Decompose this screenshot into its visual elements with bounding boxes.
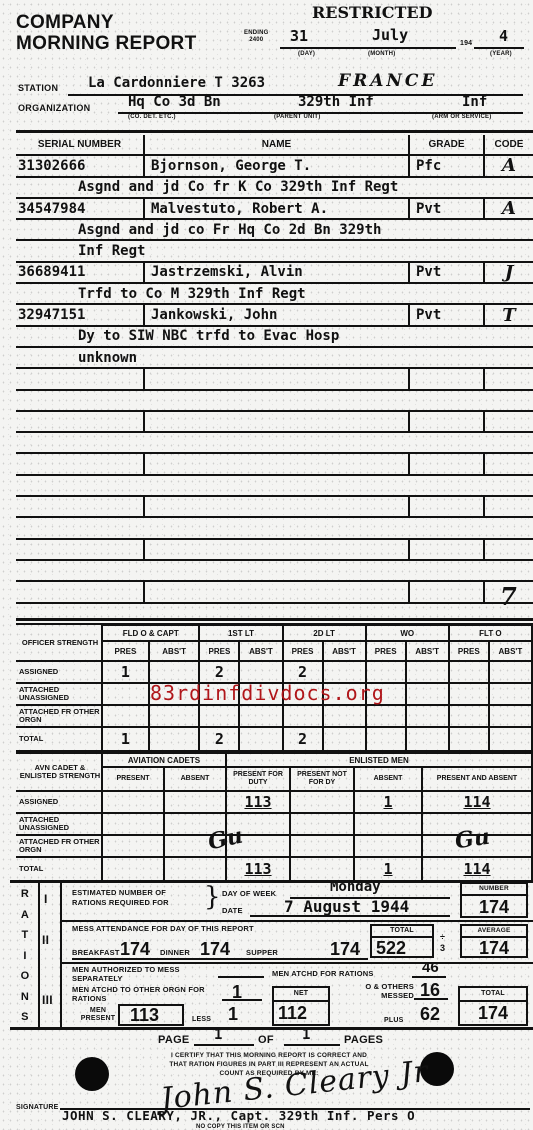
strength-cell [149, 661, 200, 683]
strength-cell [239, 705, 282, 727]
divide-by-three: ÷ 3 [440, 932, 450, 954]
breakfast-value: 174 [120, 939, 150, 960]
strength-cell [366, 661, 406, 683]
row-label: TOTAL [16, 857, 102, 881]
mess-average-label: AVERAGE [462, 926, 526, 938]
strength-cell [199, 705, 239, 727]
strength-cell [406, 727, 449, 751]
group-2d-lt: 2D LT [283, 625, 366, 641]
blank-cell [408, 369, 483, 388]
strength-cell [102, 813, 164, 835]
mess-line [72, 958, 368, 960]
report-month: July [372, 26, 408, 44]
initials-right: Gu [453, 824, 491, 855]
strength-cell [290, 857, 354, 881]
arm-caption: (ARM OR SERVICE) [432, 114, 491, 120]
mess-total-box: TOTAL 522 [370, 924, 434, 958]
ration-number-value: 174 [462, 896, 526, 918]
strength-cell: 1 [102, 727, 149, 751]
strength-cell [489, 661, 532, 683]
strength-cell [323, 705, 366, 727]
strength-cell [149, 727, 200, 751]
date-label: DATE [222, 906, 243, 915]
certify-line-1: I CERTIFY THAT THIS MORNING REPORT IS CO… [144, 1051, 394, 1060]
net-label: NET [274, 988, 328, 1002]
section-divider [16, 618, 533, 621]
row-label: ATTACHED FR OTHER ORGN [16, 705, 102, 727]
grade: Pfc [408, 156, 483, 175]
men-authorized-label: MEN AUTHORIZED TO MESS SEPARATELY [72, 965, 232, 983]
men-authorized-line [218, 966, 264, 978]
strength-cell [102, 835, 164, 857]
strength-cell [489, 727, 532, 751]
strength-cell [323, 661, 366, 683]
code: T [483, 305, 533, 324]
day-caption: (DAY) [298, 51, 315, 57]
rations-side-label: RATIONS [18, 884, 32, 1028]
day-of-week-value: Monday [330, 879, 381, 895]
watermark: 83rdinfdivdocs.org [150, 681, 385, 705]
officer-strength-row: TOTAL122 [16, 727, 532, 751]
rations-letter: T [18, 925, 32, 946]
enlisted-strength-row: ASSIGNED1131114 [16, 791, 532, 813]
row-label: ASSIGNED [16, 661, 102, 683]
strength-cell [406, 705, 449, 727]
others-messed-label: O & OTHERS MESSED [364, 982, 414, 1000]
remark-row: Trfd to Co M 329th Inf Regt [16, 284, 533, 305]
page-line [194, 1030, 254, 1046]
blank-remark-row [16, 476, 533, 497]
dinner-value: 174 [200, 939, 230, 960]
officer-strength-body: ASSIGNED122ATTACHED UNASSIGNEDATTACHED F… [16, 661, 532, 751]
officer-strength-title: OFFICER STRENGTH [16, 625, 102, 661]
roster-entry-row: 36689411Jastrzemski, AlvinPvtJ [16, 263, 533, 284]
blank-remark-row [16, 561, 533, 582]
strength-cell [102, 683, 149, 705]
group-fld-o-capt: FLD O & CAPT [102, 625, 199, 641]
grade: Pvt [408, 263, 483, 282]
blank-entry-row [16, 497, 533, 518]
men-present-label: MEN PRESENT [80, 1007, 116, 1023]
roster-body: 31302666Bjornson, George T.PfcAAsgnd and… [16, 156, 533, 625]
soldier-name: Malvestuto, Robert A. [143, 199, 408, 218]
roster-entry-row: 34547984Malvestuto, Robert A.PvtA [16, 199, 533, 220]
section-iii-numeral: III [42, 993, 53, 1007]
blank-cell [16, 497, 143, 516]
organization-label: ORGANIZATION [18, 103, 90, 113]
strength-cell: 1 [354, 857, 422, 881]
blank-remark-row [16, 433, 533, 454]
enlisted-strength-row: TOTAL1131114 [16, 857, 532, 881]
blank-cell [483, 369, 533, 388]
men-atchd-label: MEN ATCHD FOR RATIONS [272, 969, 374, 978]
mess-attendance-label: MESS ATTENDANCE FOR DAY OF THIS REPORT [72, 924, 254, 933]
rations-letter: S [18, 1007, 32, 1028]
report-day: 31 [290, 27, 308, 45]
rations-letter: I [18, 946, 32, 967]
signer-name: JOHN S. CLEARY, JR., Capt. 329th Inf. Pe… [62, 1108, 415, 1123]
serial-number: 34547984 [16, 199, 143, 218]
enlisted-strength-title: AVN CADET & ENLISTED STRENGTH [16, 753, 102, 791]
group-wo: WO [366, 625, 449, 641]
col-name: NAME [143, 135, 408, 154]
brace: } [204, 884, 221, 910]
organization-parent: 329th Inf [298, 94, 374, 110]
strength-cell: 1 [102, 661, 149, 683]
strength-cell [366, 727, 406, 751]
blank-entry-row [16, 582, 533, 603]
page-count: 1 [302, 1027, 310, 1043]
blank-cell [408, 412, 483, 431]
organization-arm: Inf [462, 94, 487, 110]
strength-cell [354, 835, 422, 857]
soldier-name: Jastrzemski, Alvin [143, 263, 408, 282]
blank-entry-row [16, 454, 533, 475]
rations-letter: A [18, 905, 32, 926]
page-number: 1 [214, 1027, 222, 1043]
ending-text: ENDING [244, 30, 269, 37]
enlisted-col-header: PRESENT NOT FOR DY [290, 767, 354, 791]
ending-time: 2400 [244, 37, 269, 44]
blank-cell [483, 454, 533, 473]
remark-row: Asgnd and jd Co fr K Co 329th Inf Regt [16, 178, 533, 199]
blank-cell [408, 582, 483, 601]
title-line-1: COMPANY [16, 12, 196, 33]
remark-row: Inf Regt [16, 241, 533, 262]
supper-value: 174 [330, 939, 360, 960]
col-serial-number: SERIAL NUMBER [16, 135, 143, 154]
col-absent: ABS'T [406, 641, 449, 661]
strength-cell: 2 [283, 727, 323, 751]
strength-cell [290, 813, 354, 835]
blank-cell [483, 412, 533, 431]
net-value: 112 [274, 1002, 328, 1024]
mess-average-value: 174 [462, 938, 526, 958]
report-year: 4 [499, 27, 508, 45]
men-present-value: 113 [120, 1006, 182, 1024]
strength-cell [406, 683, 449, 705]
blank-cell [143, 582, 408, 601]
strength-cell: 114 [422, 791, 532, 813]
organization-unit: Hq Co 3d Bn [128, 94, 221, 110]
of-label: OF [258, 1034, 274, 1046]
ration-number-box: NUMBER 174 [460, 882, 528, 918]
blank-remark-row [16, 518, 533, 539]
officer-strength-row: ATTACHED FR OTHER ORGN [16, 705, 532, 727]
blank-cell [16, 454, 143, 473]
enlisted-col-header: ABSENT [164, 767, 226, 791]
title-line-2: MORNING REPORT [16, 33, 196, 54]
remark-text: Asgnd and jd Co fr K Co 329th Inf Regt [16, 178, 533, 197]
rations-letter: R [18, 884, 32, 905]
group-aviation-cadets: AVIATION CADETS [102, 753, 226, 767]
col-grade: GRADE [408, 135, 483, 154]
less-value: 1 [228, 1004, 238, 1025]
unit-caption: (CO. DET. ETC.) [128, 114, 176, 120]
month-caption: (MONTH) [368, 51, 395, 57]
row-label: TOTAL [16, 727, 102, 751]
rations-required-label: ESTIMATED NUMBER OF RATIONS REQUIRED FOR [72, 888, 202, 908]
punch-hole-left [75, 1057, 109, 1091]
remark-row: Dy to SIW NBC trfd to Evac Hosp [16, 327, 533, 348]
plus-value: 62 [420, 1004, 440, 1025]
strength-cell [102, 857, 164, 881]
page-label: PAGE [158, 1034, 190, 1046]
blank-entry-row [16, 540, 533, 561]
men-atchd-value: 46 [422, 959, 439, 976]
men-atchd-other-label: MEN ATCHD TO OTHER ORGN FOR RATIONS [72, 985, 222, 1003]
pages-label: PAGES [344, 1034, 383, 1046]
officer-strength-row: ASSIGNED122 [16, 661, 532, 683]
col-present: PRES [366, 641, 406, 661]
row-label: ATTACHED FR OTHER ORGN [16, 835, 102, 857]
strength-cell [102, 705, 149, 727]
enlisted-strength-table: AVN CADET & ENLISTED STRENGTH AVIATION C… [16, 752, 533, 882]
year-caption: (YEAR) [490, 51, 512, 57]
blank-cell [408, 540, 483, 559]
strength-cell [290, 791, 354, 813]
col-absent: ABS'T [239, 641, 282, 661]
grade: Pvt [408, 305, 483, 324]
col-present: PRES [199, 641, 239, 661]
blank-cell [408, 497, 483, 516]
classification-stamp: RESTRICTED [312, 3, 432, 22]
supper-label: SUPPER [246, 948, 278, 957]
strength-cell [164, 857, 226, 881]
rations-divider-1 [38, 880, 40, 1030]
others-messed-value: 16 [420, 980, 440, 1001]
remark-text: Inf Regt [16, 241, 533, 260]
enlisted-col-header: PRESENT FOR DUTY [226, 767, 290, 791]
header-divider [16, 130, 533, 133]
strength-cell [449, 727, 489, 751]
strength-cell [489, 683, 532, 705]
soldier-name: Bjornson, George T. [143, 156, 408, 175]
plus-label: PLUS [384, 1017, 403, 1024]
roster-header: SERIAL NUMBER NAME GRADE CODE [16, 135, 533, 156]
col-absent: ABS'T [323, 641, 366, 661]
code: A [483, 156, 533, 175]
serial-number: 32947151 [16, 305, 143, 324]
strength-cell [354, 813, 422, 835]
blank-cell [16, 412, 143, 431]
ration-total-label: TOTAL [460, 988, 526, 1002]
serial-number: 31302666 [16, 156, 143, 175]
bottom-instruction: NO COPY THIS ITEM OR SCN [196, 1124, 285, 1130]
remark-row: unknown [16, 348, 533, 369]
blank-cell [16, 582, 143, 601]
blank-entry-row [16, 369, 533, 390]
form-title: COMPANY MORNING REPORT [16, 12, 196, 54]
dinner-label: DINNER [160, 948, 190, 957]
signature-label: SIGNATURE [16, 1104, 59, 1111]
rations-row-divider-1 [60, 920, 533, 922]
col-code: CODE [483, 135, 533, 154]
blank-cell [143, 369, 408, 388]
day-of-week-label: DAY OF WEEK [222, 889, 276, 898]
blank-cell [143, 454, 408, 473]
enlisted-col-header: ABSENT [354, 767, 422, 791]
men-atchd-other-value: 1 [232, 982, 242, 1003]
less-label: LESS [192, 1016, 211, 1023]
group-enlisted-men: ENLISTED MEN [226, 753, 532, 767]
strength-cell [366, 705, 406, 727]
enlisted-col-header: PRESENT [102, 767, 164, 791]
rations-divider-2 [60, 880, 62, 1030]
date-value: 7 August 1944 [284, 897, 409, 916]
station-value: La Cardonniere T 3263 [88, 75, 265, 91]
code: A [483, 199, 533, 218]
rations-row-divider-2 [60, 962, 533, 964]
col-absent: ABS'T [149, 641, 200, 661]
ration-total-value: 174 [460, 1002, 526, 1024]
strength-cell [239, 661, 282, 683]
breakfast-label: BREAKFAST [72, 948, 120, 957]
remark-row: Asgnd and jd co Fr Hq Co 2d Bn 329th [16, 220, 533, 241]
blank-cell [483, 497, 533, 516]
row-label: ATTACHED UNASSIGNED [16, 683, 102, 705]
strength-cell [239, 727, 282, 751]
blank-cell [143, 497, 408, 516]
group-1st-lt: 1ST LT [199, 625, 282, 641]
col-present: PRES [102, 641, 149, 661]
strength-cell [323, 727, 366, 751]
section-i-numeral: I [44, 892, 48, 906]
remark-text: Dy to SIW NBC trfd to Evac Hosp [16, 327, 533, 346]
pages-line [284, 1030, 340, 1046]
row-label: ASSIGNED [16, 791, 102, 813]
strength-cell [283, 705, 323, 727]
code: J [483, 263, 533, 282]
group-flt-o: FLT O [449, 625, 532, 641]
strength-cell: 2 [199, 727, 239, 751]
strength-cell [449, 683, 489, 705]
blank-cell [483, 540, 533, 559]
mess-total-label: TOTAL [372, 926, 432, 938]
rations-letter: N [18, 987, 32, 1008]
rations-letter: O [18, 966, 32, 987]
strength-cell: 2 [199, 661, 239, 683]
serial-number: 36689411 [16, 263, 143, 282]
soldier-name: Jankowski, John [143, 305, 408, 324]
roster-table: SERIAL NUMBER NAME GRADE CODE 31302666Bj… [16, 135, 533, 625]
blank-cell [143, 540, 408, 559]
mess-average-box: AVERAGE 174 [460, 924, 528, 958]
ration-number-label: NUMBER [462, 884, 526, 896]
blank-cell [16, 540, 143, 559]
row-label: ATTACHED UNASSIGNED [16, 813, 102, 835]
strength-cell [149, 705, 200, 727]
enlisted-col-header: PRESENT AND ABSENT [422, 767, 532, 791]
roster-entry-row: 32947151Jankowski, JohnPvtT [16, 305, 533, 326]
blank-remark-row [16, 604, 533, 625]
strength-cell: 2 [283, 661, 323, 683]
station-country: FRANCE [338, 71, 437, 91]
strength-cell [449, 705, 489, 727]
net-box: NET 112 [272, 986, 330, 1026]
blank-cell [408, 454, 483, 473]
strength-cell: 113 [226, 857, 290, 881]
men-present-box: 113 [118, 1004, 184, 1026]
station-label: STATION [18, 83, 58, 93]
roster-end-mark: 7 [500, 582, 517, 611]
strength-cell [489, 705, 532, 727]
strength-cell [102, 791, 164, 813]
strength-cell: 114 [422, 857, 532, 881]
blank-cell [16, 369, 143, 388]
grade: Pvt [408, 199, 483, 218]
blank-entry-row [16, 412, 533, 433]
strength-cell [449, 661, 489, 683]
col-present: PRES [283, 641, 323, 661]
roster-entry-row: 31302666Bjornson, George T.PfcA [16, 156, 533, 177]
remark-text: Asgnd and jd co Fr Hq Co 2d Bn 329th [16, 220, 533, 239]
blank-cell [143, 412, 408, 431]
year-prefix: 194 [460, 40, 472, 47]
strength-cell [406, 661, 449, 683]
ration-total-box: TOTAL 174 [458, 986, 528, 1026]
mess-total-value: 522 [372, 938, 432, 958]
parent-caption: (PARENT UNIT) [274, 114, 320, 120]
ending-label: ENDING 2400 [244, 30, 269, 44]
strength-cell: 113 [226, 791, 290, 813]
strength-cell [290, 835, 354, 857]
strength-cell [164, 791, 226, 813]
blank-remark-row [16, 391, 533, 412]
remark-text: unknown [16, 348, 533, 367]
section-ii-numeral: II [42, 933, 49, 947]
col-present: PRES [449, 641, 489, 661]
col-absent: ABS'T [489, 641, 532, 661]
remark-text: Trfd to Co M 329th Inf Regt [16, 284, 533, 303]
strength-cell: 1 [354, 791, 422, 813]
